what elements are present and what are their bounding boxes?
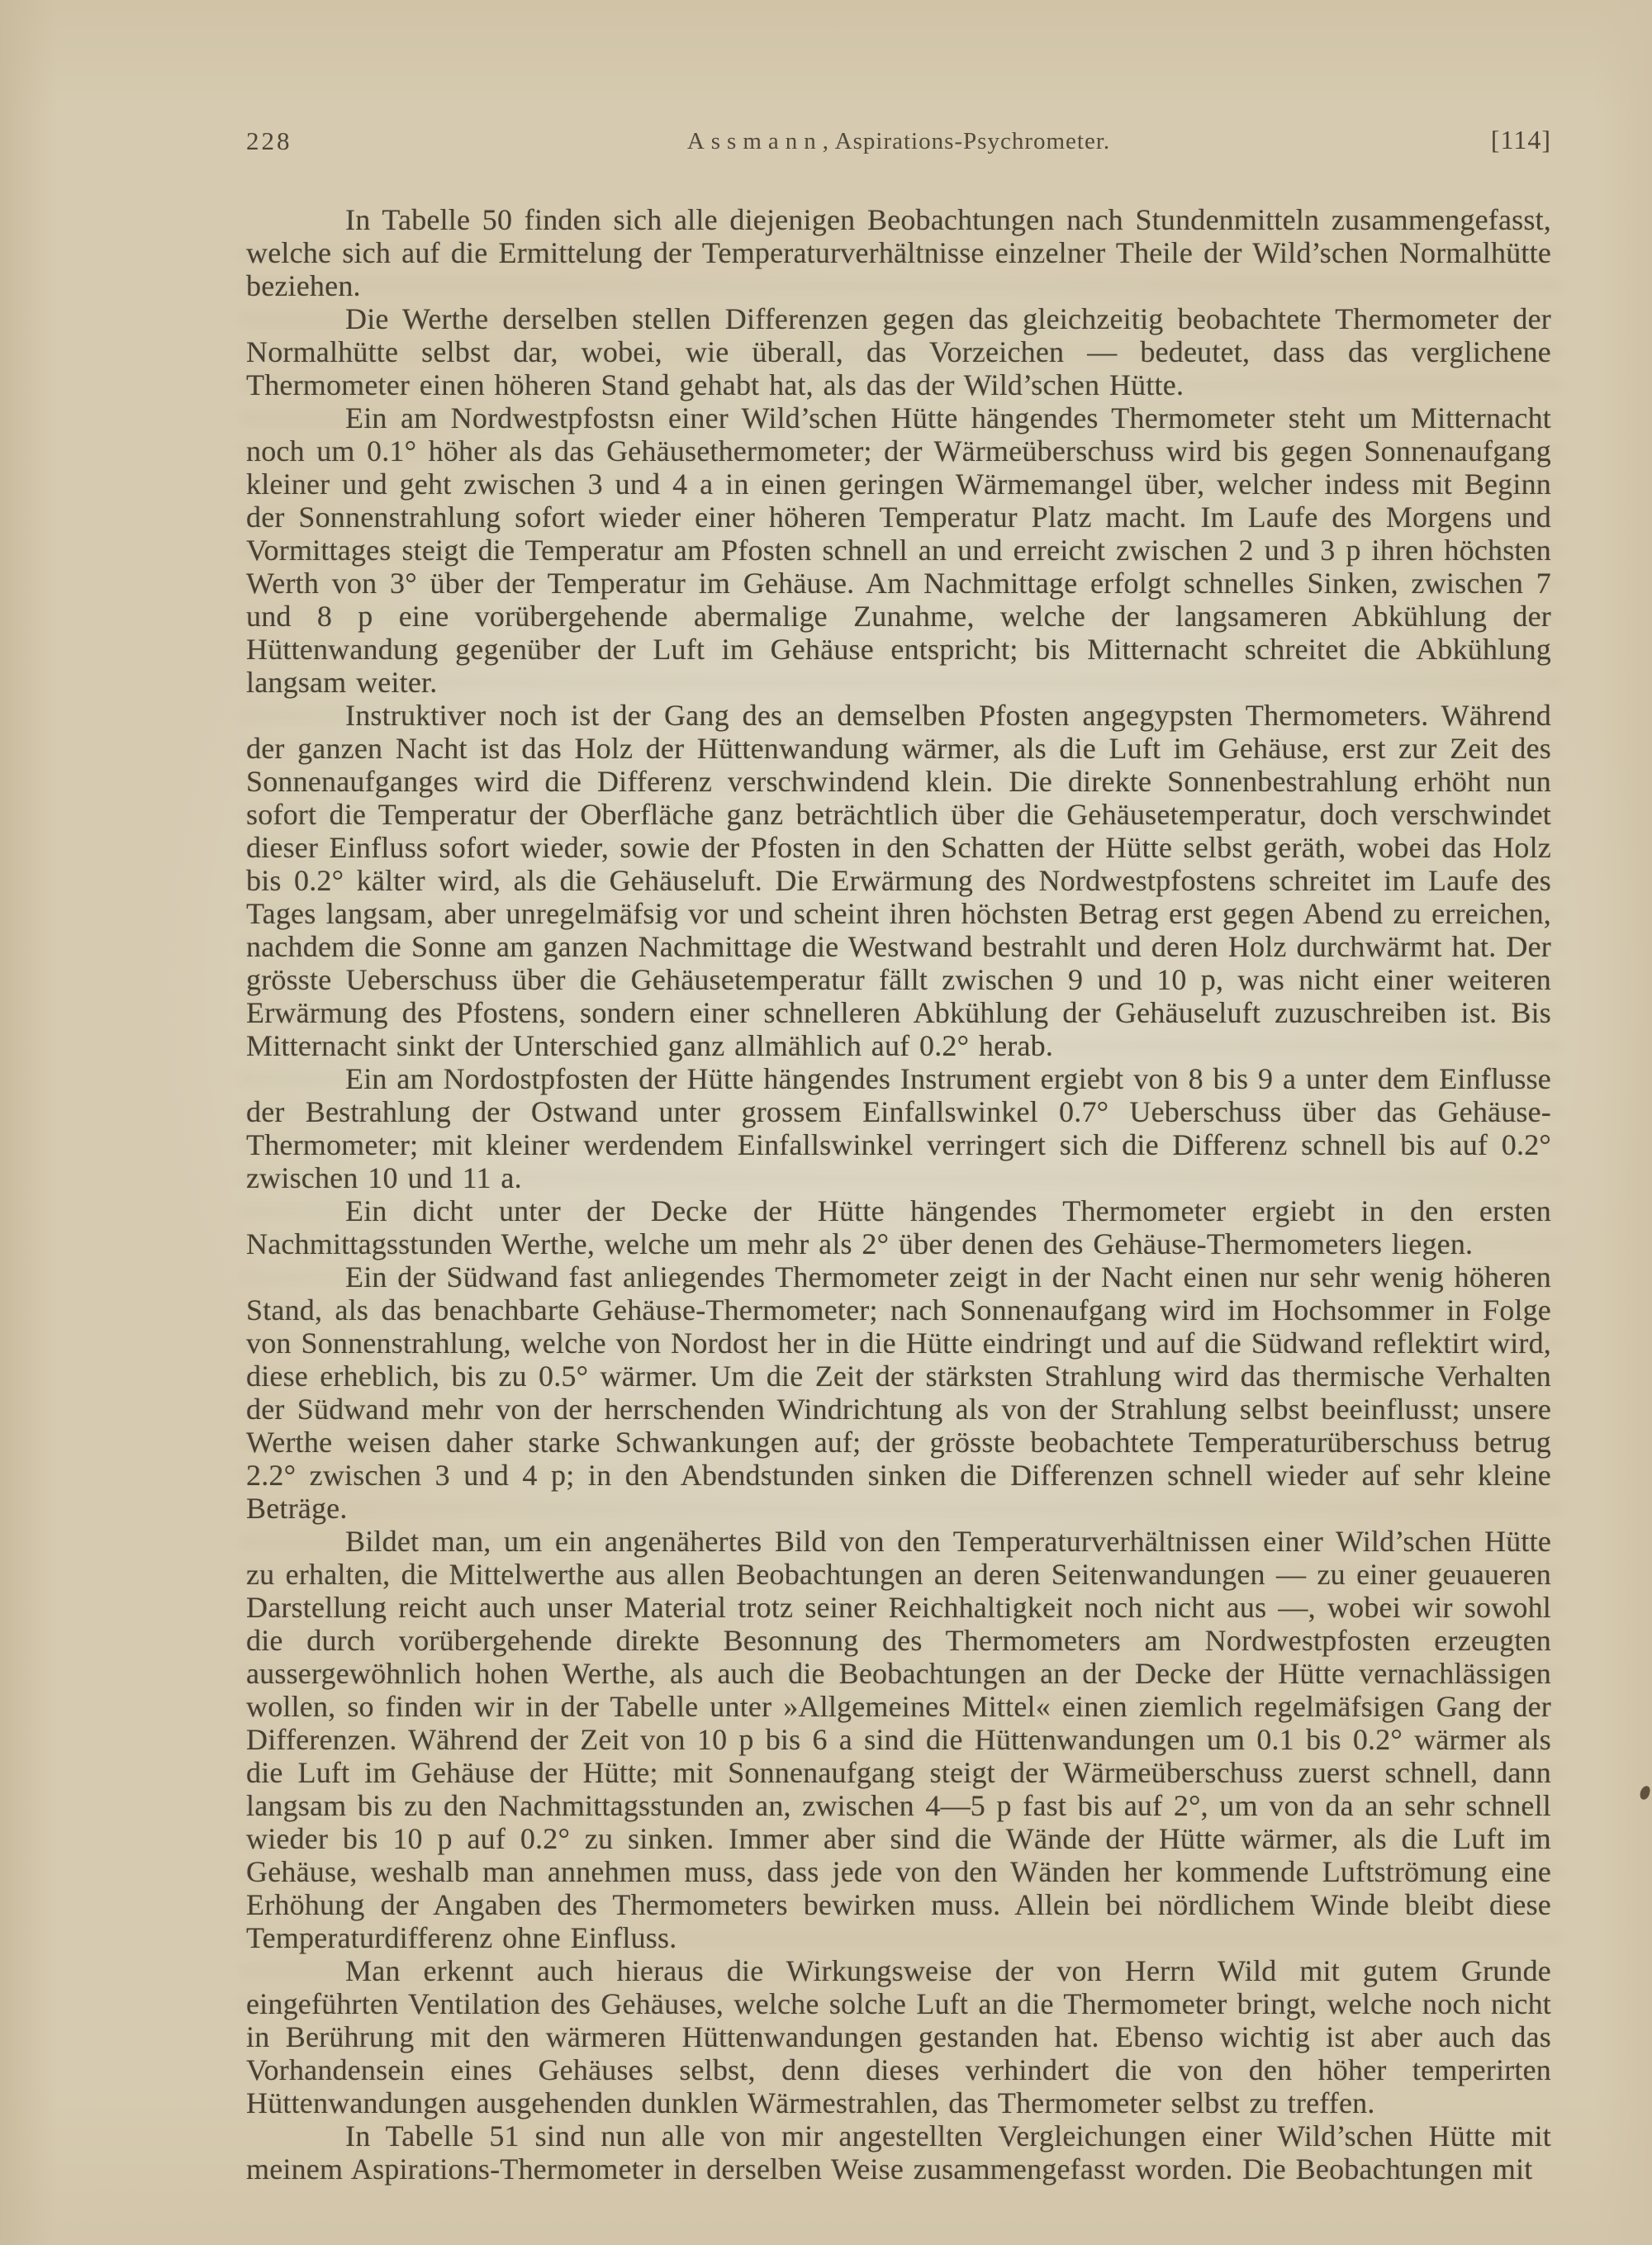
paragraph: Ein am Nordostpfosten der Hütte hängende… <box>246 1062 1551 1194</box>
paragraph: Bildet man, um ein angenähertes Bild von… <box>246 1525 1551 1954</box>
running-title: Assmann, Aspirations-Psychrometer. <box>246 128 1551 155</box>
running-title-author: Assmann <box>687 128 823 154</box>
running-title-rest: , Aspirations-Psychrometer. <box>823 128 1110 154</box>
column-reference-number: [114] <box>1491 125 1551 155</box>
paragraph: Ein dicht unter der Decke der Hütte häng… <box>246 1194 1551 1260</box>
paragraph: Man erkennt auch hieraus die Wirkungswei… <box>246 1954 1551 2119</box>
page-header: 228 Assmann, Aspirations-Psychrometer. [… <box>246 124 1551 159</box>
paragraph: Ein der Südwand fast anliegendes Thermom… <box>246 1260 1551 1525</box>
body-text: In Tabelle 50 finden sich alle diejenige… <box>246 203 1551 2186</box>
paragraph: Ein am Nordwestpfostsn einer Wild’schen … <box>246 401 1551 699</box>
paragraph: Instruktiver noch ist der Gang des an de… <box>246 699 1551 1062</box>
scanned-page: 228 Assmann, Aspirations-Psychrometer. [… <box>0 0 1652 2245</box>
ink-speck <box>1639 1785 1651 1801</box>
paragraph: Die Werthe derselben stellen Differenzen… <box>246 302 1551 401</box>
paragraph: In Tabelle 51 sind nun alle von mir ange… <box>246 2119 1551 2186</box>
paragraph: In Tabelle 50 finden sich alle diejenige… <box>246 203 1551 302</box>
